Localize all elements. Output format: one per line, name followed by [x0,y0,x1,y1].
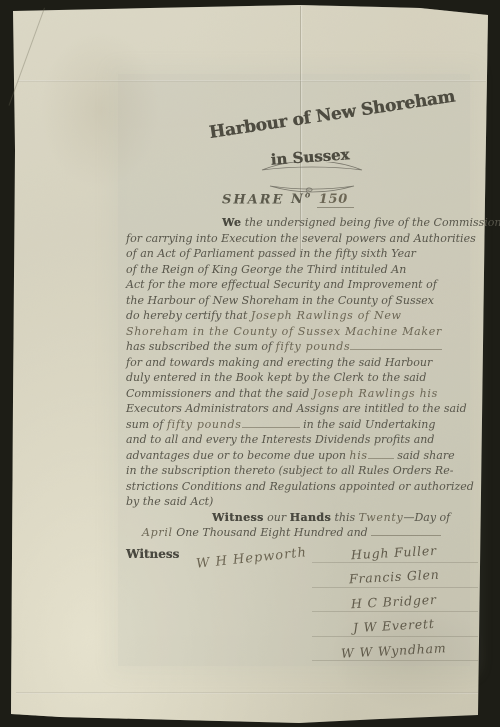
handwritten-text: his [349,449,367,462]
signature-name: Hugh Fuller [351,543,438,562]
share-label: SHARE [222,192,284,207]
printed-text: duly entered in the Book kept by the Cle… [126,371,426,384]
signature-row: J W Everett [318,615,470,639]
document-line: Executors Administrators and Assigns are… [126,401,464,417]
printed-text: do hereby certify that [126,309,251,322]
printed-text: has subscribed the sum of [126,340,276,353]
printed-text: said share [394,449,455,462]
printed-text: this [331,511,359,524]
printed-text: for carrying into Execution the several … [126,232,476,245]
share-no-abbrev: No [291,192,310,207]
commissioner-signatures: Hugh FullerFrancis GlenH C BridgerJ W Ev… [318,542,470,664]
document-line: Witness our Hands this Twenty—Day of [212,510,464,526]
share-number-line: SHARE No 150 [222,190,402,207]
printed-text: for and towards making and erecting the … [126,356,432,369]
document-line: strictions Conditions and Regulations ap… [126,479,464,495]
signature-row: H C Bridger [318,591,470,615]
document-line: the Harbour of New Shoreham in the Count… [126,293,464,309]
signature-name: J W Everett [353,616,435,635]
blank-rule [368,449,394,459]
document-line: has subscribed the sum of fifty pounds [126,339,464,355]
printed-text: One Thousand Eight Hundred and [173,526,371,539]
signature-row: Francis Glen [318,566,470,590]
blank-rule [350,340,442,350]
document-line: duly entered in the Book kept by the Cle… [126,370,464,386]
witness-label: Witness [126,547,179,561]
printed-text: in the said Undertaking [300,418,436,431]
blackletter-text: Hands [290,511,331,524]
document-line: of an Act of Parliament passed in the fi… [126,246,464,262]
document-line: April One Thousand Eight Hundred and [142,525,464,541]
blank-rule [371,526,441,536]
printed-text: by the said Act) [126,495,213,508]
printed-text: the undersigned being five of the Commis… [241,216,500,229]
handwritten-text: Joseph Rawlings of New [251,309,402,322]
blackletter-text: We [222,216,241,229]
document-line: advantages due or to become due upon his… [126,448,464,464]
signature-name: Francis Glen [348,567,439,587]
document-line: and to all and every the Interests Divid… [126,432,464,448]
printed-text: our [264,511,290,524]
document-line: Act for the more effectual Security and … [126,277,464,293]
document-line: of the Reign of King George the Third in… [126,262,464,278]
handwritten-text: fifty pounds [167,418,242,431]
signature-row: Hugh Fuller [318,542,470,566]
document-line: Shoreham in the County of Sussex Machine… [126,324,464,340]
document-line: in the subscription thereto (subject to … [126,463,464,479]
handwritten-text: Shoreham in the County of Sussex Machine… [126,325,442,338]
printed-text: Commissioners and that the said [126,387,313,400]
printed-text: sum of [126,418,167,431]
printed-text: of the Reign of King George the Third in… [126,263,406,276]
printed-text: in the subscription thereto (subject to … [126,464,453,477]
document-line: for carrying into Execution the several … [126,231,464,247]
document-line: by the said Act) [126,494,464,510]
signature-name: H C Bridger [351,592,437,611]
printed-text: —Day of [403,511,450,524]
handwritten-text: fifty pounds [276,340,351,353]
printed-text: and to all and every the Interests Divid… [126,433,434,446]
document-line: Commissioners and that the said Joseph R… [126,386,464,402]
document-line: do hereby certify that Joseph Rawlings o… [126,308,464,324]
photo-backdrop: Harbour of New Shoreham in Sussex SHARE … [0,0,500,727]
document-line: We the undersigned being five of the Com… [222,215,464,231]
printed-text: the Harbour of New Shoreham in the Count… [126,294,434,307]
printed-text: strictions Conditions and Regulations ap… [126,480,474,493]
handwritten-text: Twenty [359,511,404,524]
certificate-body-text: We the undersigned being five of the Com… [126,215,464,541]
blackletter-text: Witness [212,511,264,524]
handwritten-text: Joseph Rawlings his [313,387,438,400]
printed-text: advantages due or to become due upon [126,449,349,462]
blank-rule [242,418,300,428]
printed-text: Executors Administrators and Assigns are… [126,402,467,415]
printed-text: Act for the more effectual Security and … [126,278,437,291]
document-line: sum of fifty pounds in the said Undertak… [126,417,464,433]
document-line: for and towards making and erecting the … [126,355,464,371]
share-number-value: 150 [317,192,354,208]
signature-row: W W Wyndham [318,640,470,664]
handwritten-text: April [142,526,173,539]
signature-name: W W Wyndham [341,640,447,661]
printed-text: of an Act of Parliament passed in the fi… [126,247,416,260]
